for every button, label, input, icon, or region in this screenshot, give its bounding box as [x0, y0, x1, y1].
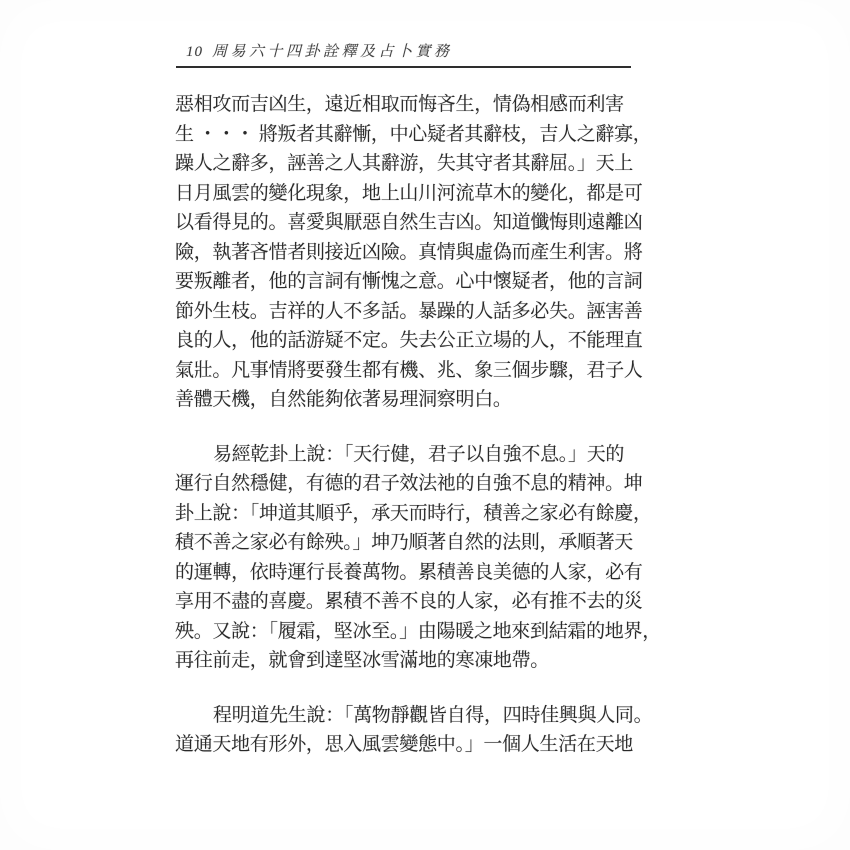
paragraph: 易經乾卦上說：「天行健，君子以自強不息。」天的 運行自然穩健，有德的君子效法祂的…	[175, 440, 695, 676]
text-line: 以看得見的。喜愛與厭惡自然生吉凶。知道懺悔則遠離凶	[175, 208, 695, 238]
text-line: 日月風雲的變化現象，地上山川河流草木的變化，都是可	[175, 179, 695, 209]
text-line: 良的人，他的話游疑不定。失去公正立場的人，不能理直	[175, 326, 695, 356]
paragraph: 程明道先生說：「萬物靜觀皆自得，四時佳興與人同。 道通天地有形外，思入風雲變態中…	[175, 701, 695, 760]
text-line: 道通天地有形外，思入風雲變態中。」一個人生活在天地	[175, 730, 695, 760]
paragraph: 惡相攻而吉凶生，遠近相取而悔吝生，情偽相感而利害 生 ・・・ 將叛者其辭慚，中心…	[175, 90, 695, 415]
text-line: 再往前走，就會到達堅冰雪滿地的寒凍地帶。	[175, 646, 695, 676]
text-line: 積不善之家必有餘殃。」坤乃順著自然的法則，承順著天	[175, 528, 695, 558]
header-rule	[176, 66, 631, 68]
text-line: 躁人之辭多，誣善之人其辭游，失其守者其辭屈。」天上	[175, 149, 695, 179]
text-line: 的運轉，依時運行長養萬物。累積善良美德的人家，必有	[175, 558, 695, 588]
book-page-scan: 10周易六十四卦詮釋及占卜實務 惡相攻而吉凶生，遠近相取而悔吝生，情偽相感而利害…	[0, 0, 850, 850]
text-line: 程明道先生說：「萬物靜觀皆自得，四時佳興與人同。	[175, 701, 695, 731]
text-line: 要叛離者，他的言詞有慚愧之意。心中懷疑者，他的言詞	[175, 267, 695, 297]
text-line: 生 ・・・ 將叛者其辭慚，中心疑者其辭枝，吉人之辭寡，	[175, 120, 695, 150]
text-line: 氣壯。凡事情將要發生都有機、兆、象三個步驟，君子人	[175, 356, 695, 386]
text-line: 殃。又說：「履霜，堅冰至。」由陽暖之地來到結霜的地界，	[175, 617, 695, 647]
text-line: 惡相攻而吉凶生，遠近相取而悔吝生，情偽相感而利害	[175, 90, 695, 120]
text-line: 善體天機，自然能夠依著易理洞察明白。	[175, 385, 695, 415]
text-line: 享用不盡的喜慶。累積不善不良的人家，必有推不去的災	[175, 587, 695, 617]
text-line: 易經乾卦上說：「天行健，君子以自強不息。」天的	[175, 440, 695, 470]
text-line: 險，執著吝惜者則接近凶險。真情與虛偽而產生利害。將	[175, 238, 695, 268]
text-line: 運行自然穩健，有德的君子效法祂的自強不息的精神。坤	[175, 469, 695, 499]
page-body: 惡相攻而吉凶生，遠近相取而悔吝生，情偽相感而利害 生 ・・・ 將叛者其辭慚，中心…	[175, 90, 695, 760]
page-number: 10	[186, 44, 203, 60]
running-title: 周易六十四卦詮釋及占卜實務	[212, 44, 453, 60]
text-line: 卦上說：「坤道其順乎，承天而時行，積善之家必有餘慶，	[175, 499, 695, 529]
text-line: 節外生枝。吉祥的人不多話。暴躁的人話多必失。誣害善	[175, 297, 695, 327]
page-header: 10周易六十四卦詮釋及占卜實務	[186, 40, 453, 61]
